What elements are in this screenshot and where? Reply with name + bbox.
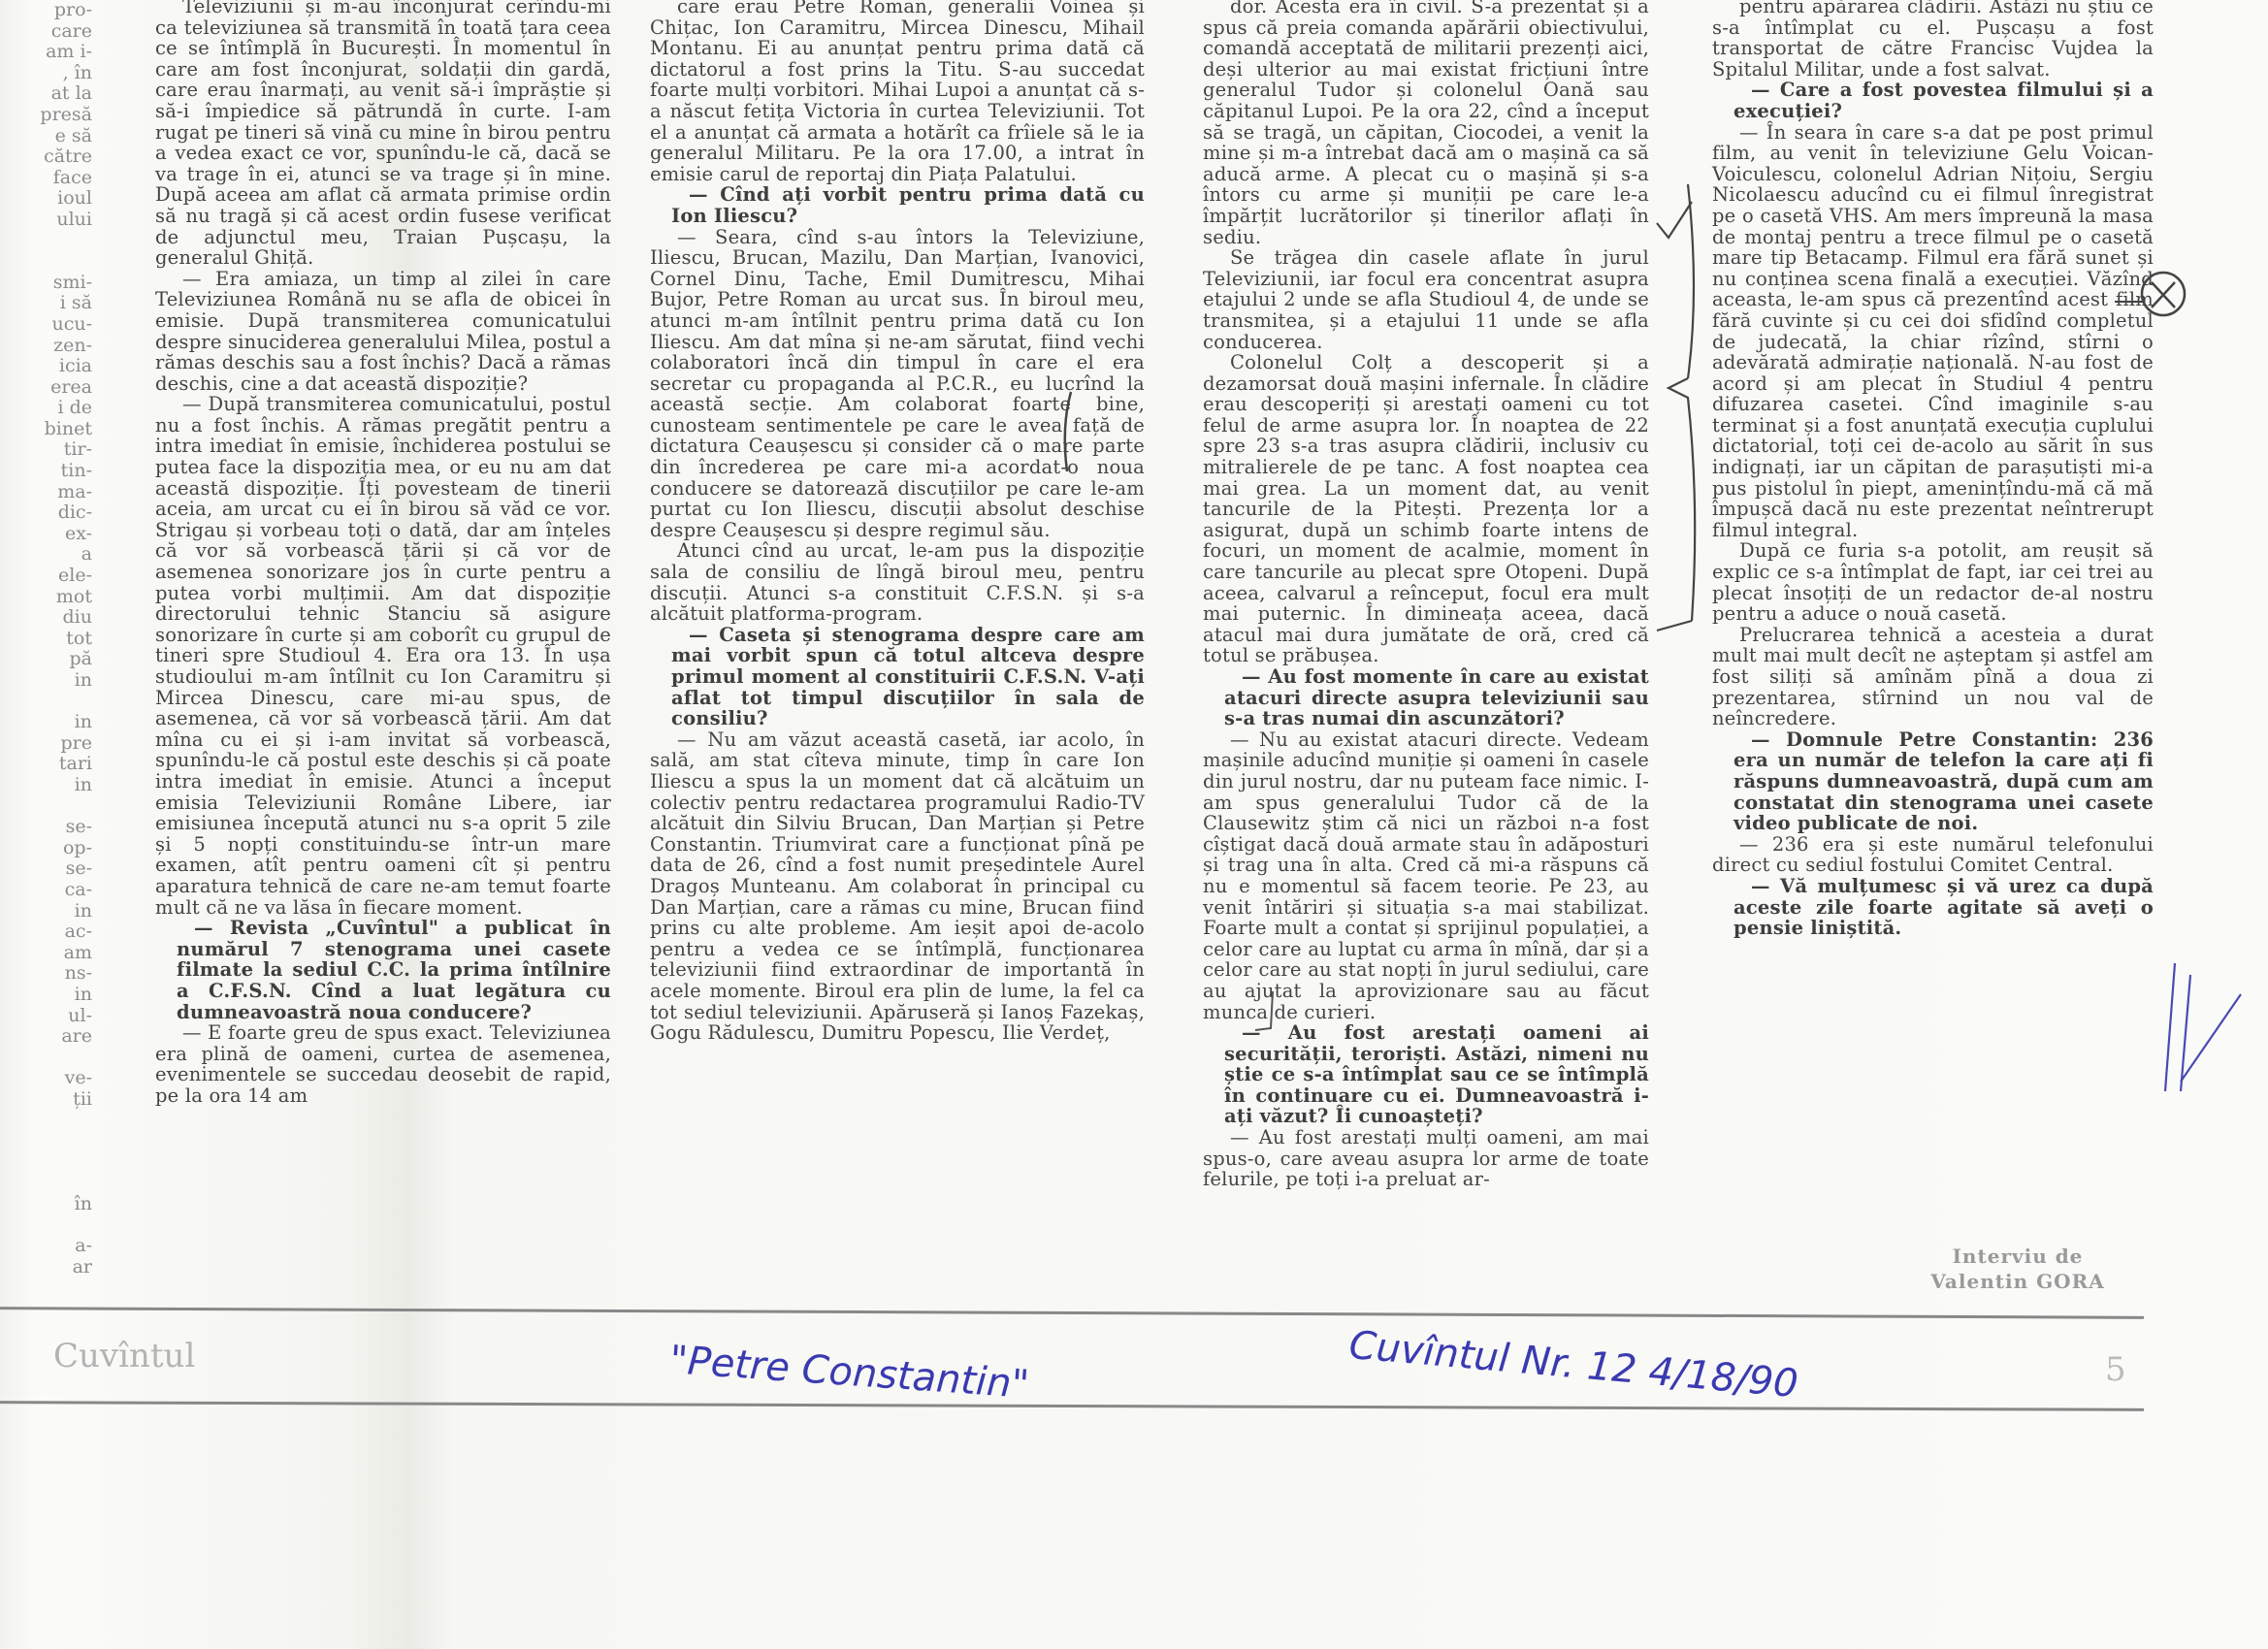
paragraph: Se trăgea din casele aflate în jurul Tel… [1203, 247, 1649, 352]
paragraph: care erau Petre Roman, generalii Voinea … [650, 0, 1145, 184]
edge-fragment: i să [0, 293, 92, 314]
paragraph: — Au fost arestați mulți oameni, am mai … [1203, 1127, 1649, 1190]
margin-check-mark [1251, 989, 1280, 1057]
edge-fragment: op- [0, 838, 92, 859]
edge-fragment [0, 796, 92, 818]
article-column-2: care erau Petre Roman, generalii Voinea … [650, 0, 1145, 1044]
edge-fragment: in [0, 901, 92, 922]
edge-fragment: ca- [0, 880, 92, 901]
interview-question: — Cînd ați vorbit pentru prima dată cu I… [650, 184, 1145, 226]
paragraph: — Seara, cînd s-au întors la Televiziune… [650, 227, 1145, 541]
paragraph: Colonelul Colț a descoperit și a dezamor… [1203, 352, 1649, 666]
edge-fragment: ex- [0, 524, 92, 545]
edge-fragment: diu [0, 607, 92, 629]
edge-fragment: presă [0, 105, 92, 126]
edge-fragment: pă [0, 649, 92, 670]
edge-fragment [0, 1214, 92, 1236]
byline-author: Valentin GORA [1843, 1269, 2192, 1294]
interview-question: — Care a fost povestea filmului și a exe… [1712, 80, 2154, 121]
edge-fragment [0, 1048, 92, 1069]
handwritten-subject-note: "Petre Constantin" [668, 1338, 1031, 1407]
top-footer-rule [0, 1307, 2144, 1319]
interview-question: — Revista „Cuvîntul" a publicat în număr… [155, 918, 611, 1022]
edge-fragment: i de [0, 398, 92, 419]
checkmark-icon [1649, 194, 1698, 252]
edge-fragment: a [0, 544, 92, 566]
paragraph: — 236 era și este numărul telefonului di… [1712, 834, 2154, 876]
paragraph: Atunci cînd au urcat, le-am pus la dispo… [650, 540, 1145, 624]
edge-fragment: icia [0, 356, 92, 377]
edge-fragment: zen- [0, 336, 92, 357]
paragraph: — E foarte greu de spus exact. Televiziu… [155, 1022, 611, 1106]
edge-fragment: ele- [0, 566, 92, 587]
edge-fragment: ns- [0, 963, 92, 985]
edge-fragment: am [0, 943, 92, 964]
edge-fragment: pro- [0, 0, 92, 21]
edge-fragment: face [0, 168, 92, 189]
edge-fragment: ioul [0, 188, 92, 210]
edge-fragment [0, 251, 92, 273]
edge-fragment: in [0, 712, 92, 733]
paragraph: — În seara în care s-a dat pe post primu… [1712, 122, 2154, 541]
edge-fragment: tot [0, 629, 92, 650]
edge-fragment: către [0, 146, 92, 168]
edge-fragment: , în [0, 63, 92, 84]
byline: Interviu de Valentin GORA [1843, 1244, 2192, 1294]
edge-fragment: am i- [0, 42, 92, 63]
edge-fragment: dic- [0, 502, 92, 524]
paragraph: — După transmiterea comunicatului, postu… [155, 394, 611, 918]
interview-question: — Vă mulțumesc și vă urez ca după aceste… [1712, 876, 2154, 939]
edge-fragment: tin- [0, 461, 92, 482]
edge-fragment [0, 692, 92, 713]
article-column-4: pentru apărarea clădirii. Astăzi nu știu… [1712, 0, 2154, 939]
edge-fragment: pre [0, 733, 92, 755]
edge-fragment: e să [0, 126, 92, 147]
paragraph: După ce furia s-a potolit, am reușit să … [1712, 540, 2154, 624]
publication-footer-name: Cuvîntul [53, 1337, 195, 1375]
margin-bracket-mark [1649, 175, 1707, 718]
edge-fragment: ții [0, 1089, 92, 1111]
edge-fragment: in [0, 775, 92, 796]
edge-fragment: mot [0, 587, 92, 608]
paragraph: — Era amiaza, un timp al zilei în care T… [155, 269, 611, 395]
edge-fragment: in [0, 670, 92, 692]
margin-bracket-mark [1057, 388, 1077, 475]
edge-fragment [0, 1152, 92, 1174]
edge-fragment: tir- [0, 439, 92, 461]
edge-fragment: ve- [0, 1068, 92, 1089]
edge-fragment [0, 1173, 92, 1194]
scanned-newspaper-page: pro-caream i-, înat lapresăe săcătreface… [0, 0, 2268, 1649]
edge-fragment: ar [0, 1257, 92, 1278]
edge-fragment: are [0, 1026, 92, 1048]
paragraph: Televiziunii și m-au înconjurat cerîndu-… [155, 0, 611, 269]
interview-question: — Au fost momente în care au existat ata… [1203, 666, 1649, 729]
interview-question: — Caseta și stenograma despre care am ma… [650, 625, 1145, 729]
edge-fragment: care [0, 21, 92, 43]
edge-fragment: binet [0, 419, 92, 440]
paragraph: pentru apărarea clădirii. Astăzi nu știu… [1712, 0, 2154, 80]
edge-fragment: ma- [0, 482, 92, 503]
interview-question: — Domnule Petre Constantin: 236 era un n… [1712, 729, 2154, 834]
edge-fragment: a- [0, 1236, 92, 1257]
paragraph: Prelucrarea tehnică a acesteia a durat m… [1712, 625, 2154, 729]
edge-fragment: se- [0, 858, 92, 880]
edge-fragment: in [0, 985, 92, 1006]
handwritten-check-annotation-icon [2163, 955, 2251, 1101]
paragraph: dor. Acesta era în civil. S-a prezentat … [1203, 0, 1649, 247]
edge-fragment: ului [0, 210, 92, 231]
byline-label: Interviu de [1843, 1244, 2192, 1269]
paragraph: — Nu am văzut această casetă, iar acolo,… [650, 729, 1145, 1044]
edge-fragment [0, 1110, 92, 1131]
page-number: 5 [2105, 1350, 2126, 1389]
left-edge-cut-text: pro-caream i-, înat lapresăe săcătreface… [0, 0, 92, 1277]
handwritten-citation-note: Cuvîntul Nr. 12 4/18/90 [1347, 1323, 1799, 1406]
edge-fragment: în [0, 1194, 92, 1215]
edge-fragment [0, 1131, 92, 1152]
edge-fragment [0, 231, 92, 252]
bottom-footer-rule [0, 1401, 2144, 1411]
edge-fragment: tari [0, 754, 92, 775]
article-column-1: Televiziunii și m-au înconjurat cerîndu-… [155, 0, 611, 1106]
edge-fragment: smi- [0, 273, 92, 294]
edge-fragment: ac- [0, 921, 92, 943]
paragraph: — Nu au existat atacuri directe. Vedeam … [1203, 729, 1649, 1022]
circled-x-annotation-icon [2115, 257, 2192, 325]
edge-fragment: ucu- [0, 314, 92, 336]
edge-fragment: at la [0, 83, 92, 105]
edge-fragment: ul- [0, 1006, 92, 1027]
edge-fragment: se- [0, 817, 92, 838]
edge-fragment: erea [0, 377, 92, 399]
